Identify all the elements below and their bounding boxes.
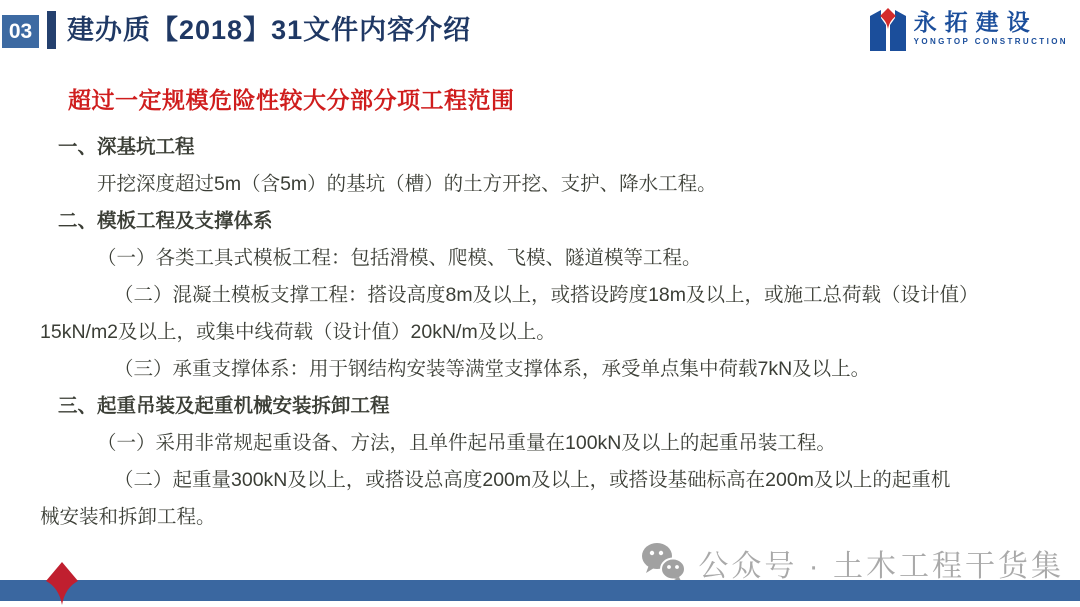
page-number: 03 xyxy=(9,20,32,44)
logo-company-subtitle: YONGTOP CONSTRUCTION xyxy=(914,37,1068,46)
page-number-badge: 03 xyxy=(2,15,39,48)
section-subtitle: 超过一定规模危险性较大分部分项工程范围 xyxy=(68,82,515,115)
header-accent-bar xyxy=(47,11,56,49)
body-line: 二、模板工程及支撑体系 xyxy=(40,203,1045,240)
body-line: 一、深基坑工程 xyxy=(40,129,1045,166)
body-line: 械安装和拆卸工程。 xyxy=(40,499,1045,536)
watermark: 公众号 · 土木工程干货集 xyxy=(640,541,1064,585)
slide: 03 建办质【2018】31文件内容介绍 永拓建设 YONGTOP CONSTR… xyxy=(0,0,1080,607)
wechat-icon xyxy=(640,542,688,584)
logo-company-name: 永拓建设 xyxy=(914,9,1068,35)
body-line: 15kN/m2及以上，或集中线荷载（设计值）20kN/m及以上。 xyxy=(40,314,1045,351)
logo-text-block: 永拓建设 YONGTOP CONSTRUCTION xyxy=(914,6,1068,46)
bottom-bar xyxy=(0,580,1080,601)
company-logo: 永拓建设 YONGTOP CONSTRUCTION xyxy=(867,6,1068,52)
yongtop-logo-icon xyxy=(867,6,909,52)
body-text: 一、深基坑工程开挖深度超过5m（含5m）的基坑（槽）的土方开挖、支护、降水工程。… xyxy=(40,129,1045,536)
body-line: （二）起重量300kN及以上，或搭设总高度200m及以上，或搭设基础标高在200… xyxy=(40,462,1045,499)
body-line: （一）各类工具式模板工程：包括滑模、爬模、飞模、隧道模等工程。 xyxy=(40,240,1045,277)
page-title: 建办质【2018】31文件内容介绍 xyxy=(67,12,471,48)
body-line: 开挖深度超过5m（含5m）的基坑（槽）的土方开挖、支护、降水工程。 xyxy=(40,166,1045,203)
body-line: 三、起重吊装及起重机械安装拆卸工程 xyxy=(40,388,1045,425)
red-diamond-accent xyxy=(44,562,80,605)
body-line: （二）混凝土模板支撑工程：搭设高度8m及以上，或搭设跨度18m及以上，或施工总荷… xyxy=(40,277,1045,314)
body-line: （三）承重支撑体系：用于钢结构安装等满堂支撑体系，承受单点集中荷载7kN及以上。 xyxy=(40,351,1045,388)
watermark-text: 公众号 · 土木工程干货集 xyxy=(698,541,1064,585)
body-line: （一）采用非常规起重设备、方法，且单件起吊重量在100kN及以上的起重吊装工程。 xyxy=(40,425,1045,462)
